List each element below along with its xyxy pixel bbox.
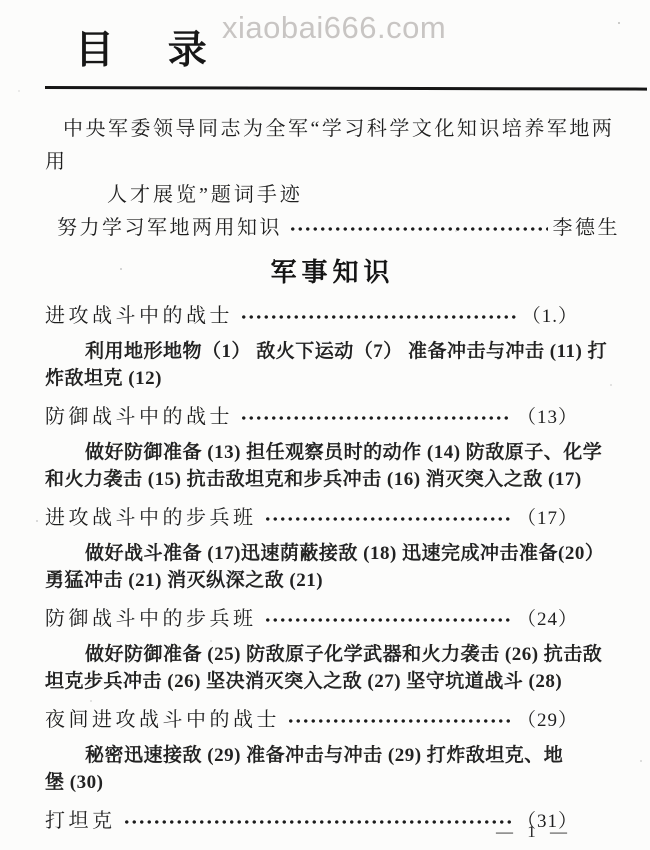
entry-subtopics: 做好防御准备 (13) 担任观察员时的动作 (14) 防敌原子、化学 和火力袭击… xyxy=(45,439,620,493)
toc-entry-line: 夜间进攻战斗中的战士 （29） xyxy=(45,706,620,735)
subtopic-line: 和火力袭击 (15) 抗击敌坦克和步兵冲击 (16) 消灭突入之敌 (17) xyxy=(45,466,620,493)
entry-page-number: （17） xyxy=(517,505,578,533)
subtopic-line: 坦克步兵冲击 (26) 坚决消灭突入之敌 (27) 坚守坑道战斗 (28) xyxy=(45,668,620,695)
entry-title: 夜间进攻战斗中的战士 xyxy=(45,706,280,734)
dot-leader xyxy=(262,516,512,522)
toc-entry-line: 防御战斗中的步兵班 （24） xyxy=(45,605,620,634)
toc-entry: 防御战斗中的战士 （13） 做好防御准备 (13) 担任观察员时的动作 (14)… xyxy=(45,403,620,493)
folio-page-number: — 1 — xyxy=(496,822,572,842)
entry-title: 打坦克 xyxy=(45,807,116,835)
toc-entry-line: 进攻战斗中的步兵班 （17） xyxy=(45,504,620,533)
dot-leader xyxy=(238,415,512,421)
toc-entry: 进攻战斗中的战士 （1.） 利用地形地物（1） 敌火下运动（7） 准备冲击与冲击… xyxy=(45,302,620,392)
entry-title: 进攻战斗中的步兵班 xyxy=(45,504,257,532)
toc-entry: 夜间进攻战斗中的战士 （29） 秘密迅速接敌 (29) 准备冲击与冲击 (29)… xyxy=(45,706,620,796)
subtopic-line: 勇猛冲击 (21) 消灭纵深之敌 (21) xyxy=(45,567,620,594)
dot-leader xyxy=(238,314,517,320)
dedication-line-1: 中央军委领导同志为全军“学习科学文化知识培养军地两用 xyxy=(45,113,620,179)
entry-subtopics: 做好战斗准备 (17)迅速荫蔽接敌 (18) 迅速完成冲击准备(20） 勇猛冲击… xyxy=(45,540,620,594)
subtopic-line: 做好战斗准备 (17)迅速荫蔽接敌 (18) 迅速完成冲击准备(20） xyxy=(45,540,620,567)
scanned-toc-page: xiaobai666.com 目 录 中央军委领导同志为全军“学习科学文化知识培… xyxy=(0,0,650,850)
dot-leader xyxy=(287,226,548,232)
preface-block: 中央军委领导同志为全军“学习科学文化知识培养军地两用 人才展览”题词手迹 努力学… xyxy=(45,113,620,245)
entry-title: 进攻战斗中的战士 xyxy=(45,302,233,330)
toc-entry-foreword: 努力学习军地两用知识 李德生 xyxy=(45,212,620,245)
section-heading: 军事知识 xyxy=(45,255,620,291)
subtopic-line: 堡 (30) xyxy=(45,769,620,796)
dot-leader xyxy=(285,718,512,724)
entry-subtopics: 利用地形地物（1） 敌火下运动（7） 准备冲击与冲击 (11) 打 炸敌坦克 (… xyxy=(45,338,620,392)
subtopic-line: 做好防御准备 (13) 担任观察员时的动作 (14) 防敌原子、化学 xyxy=(45,439,620,466)
subtopic-line: 做好防御准备 (25) 防敌原子化学武器和火力袭击 (26) 抗击敌 xyxy=(45,641,620,668)
dot-leader xyxy=(262,617,512,623)
toc-entry: 进攻战斗中的步兵班 （17） 做好战斗准备 (17)迅速荫蔽接敌 (18) 迅速… xyxy=(45,504,620,594)
toc-entry-line: 进攻战斗中的战士 （1.） xyxy=(45,302,620,331)
entry-title: 防御战斗中的步兵班 xyxy=(45,605,257,633)
entry-subtopics: 秘密迅速接敌 (29) 准备冲击与冲击 (29) 打炸敌坦克、地 堡 (30) xyxy=(45,742,620,796)
foreword-author: 李德生 xyxy=(553,212,621,245)
subtopic-line: 秘密迅速接敌 (29) 准备冲击与冲击 (29) 打炸敌坦克、地 xyxy=(45,742,620,769)
dot-leader xyxy=(121,819,512,825)
entry-page-number: （13） xyxy=(517,404,578,432)
toc-entry-line: 防御战斗中的战士 （13） xyxy=(45,403,620,432)
entry-subtopics: 做好防御准备 (25) 防敌原子化学武器和火力袭击 (26) 抗击敌 坦克步兵冲… xyxy=(45,641,620,695)
toc-entry: 防御战斗中的步兵班 （24） 做好防御准备 (25) 防敌原子化学武器和火力袭击… xyxy=(45,605,620,695)
entry-page-number: （29） xyxy=(517,707,578,735)
entry-page-number: （24） xyxy=(517,606,578,634)
page-content: 目 录 中央军委领导同志为全军“学习科学文化知识培养军地两用 人才展览”题词手迹… xyxy=(0,0,650,836)
foreword-title: 努力学习军地两用知识 xyxy=(57,212,282,245)
page-title: 目 录 xyxy=(75,28,620,74)
subtopic-line: 炸敌坦克 (12) xyxy=(45,365,620,392)
dedication-line-2: 人才展览”题词手迹 xyxy=(45,179,620,212)
entry-page-number: （1.） xyxy=(522,303,578,331)
entry-title: 防御战斗中的战士 xyxy=(45,403,233,431)
title-divider-line xyxy=(45,86,647,91)
subtopic-line: 利用地形地物（1） 敌火下运动（7） 准备冲击与冲击 (11) 打 xyxy=(45,338,620,365)
